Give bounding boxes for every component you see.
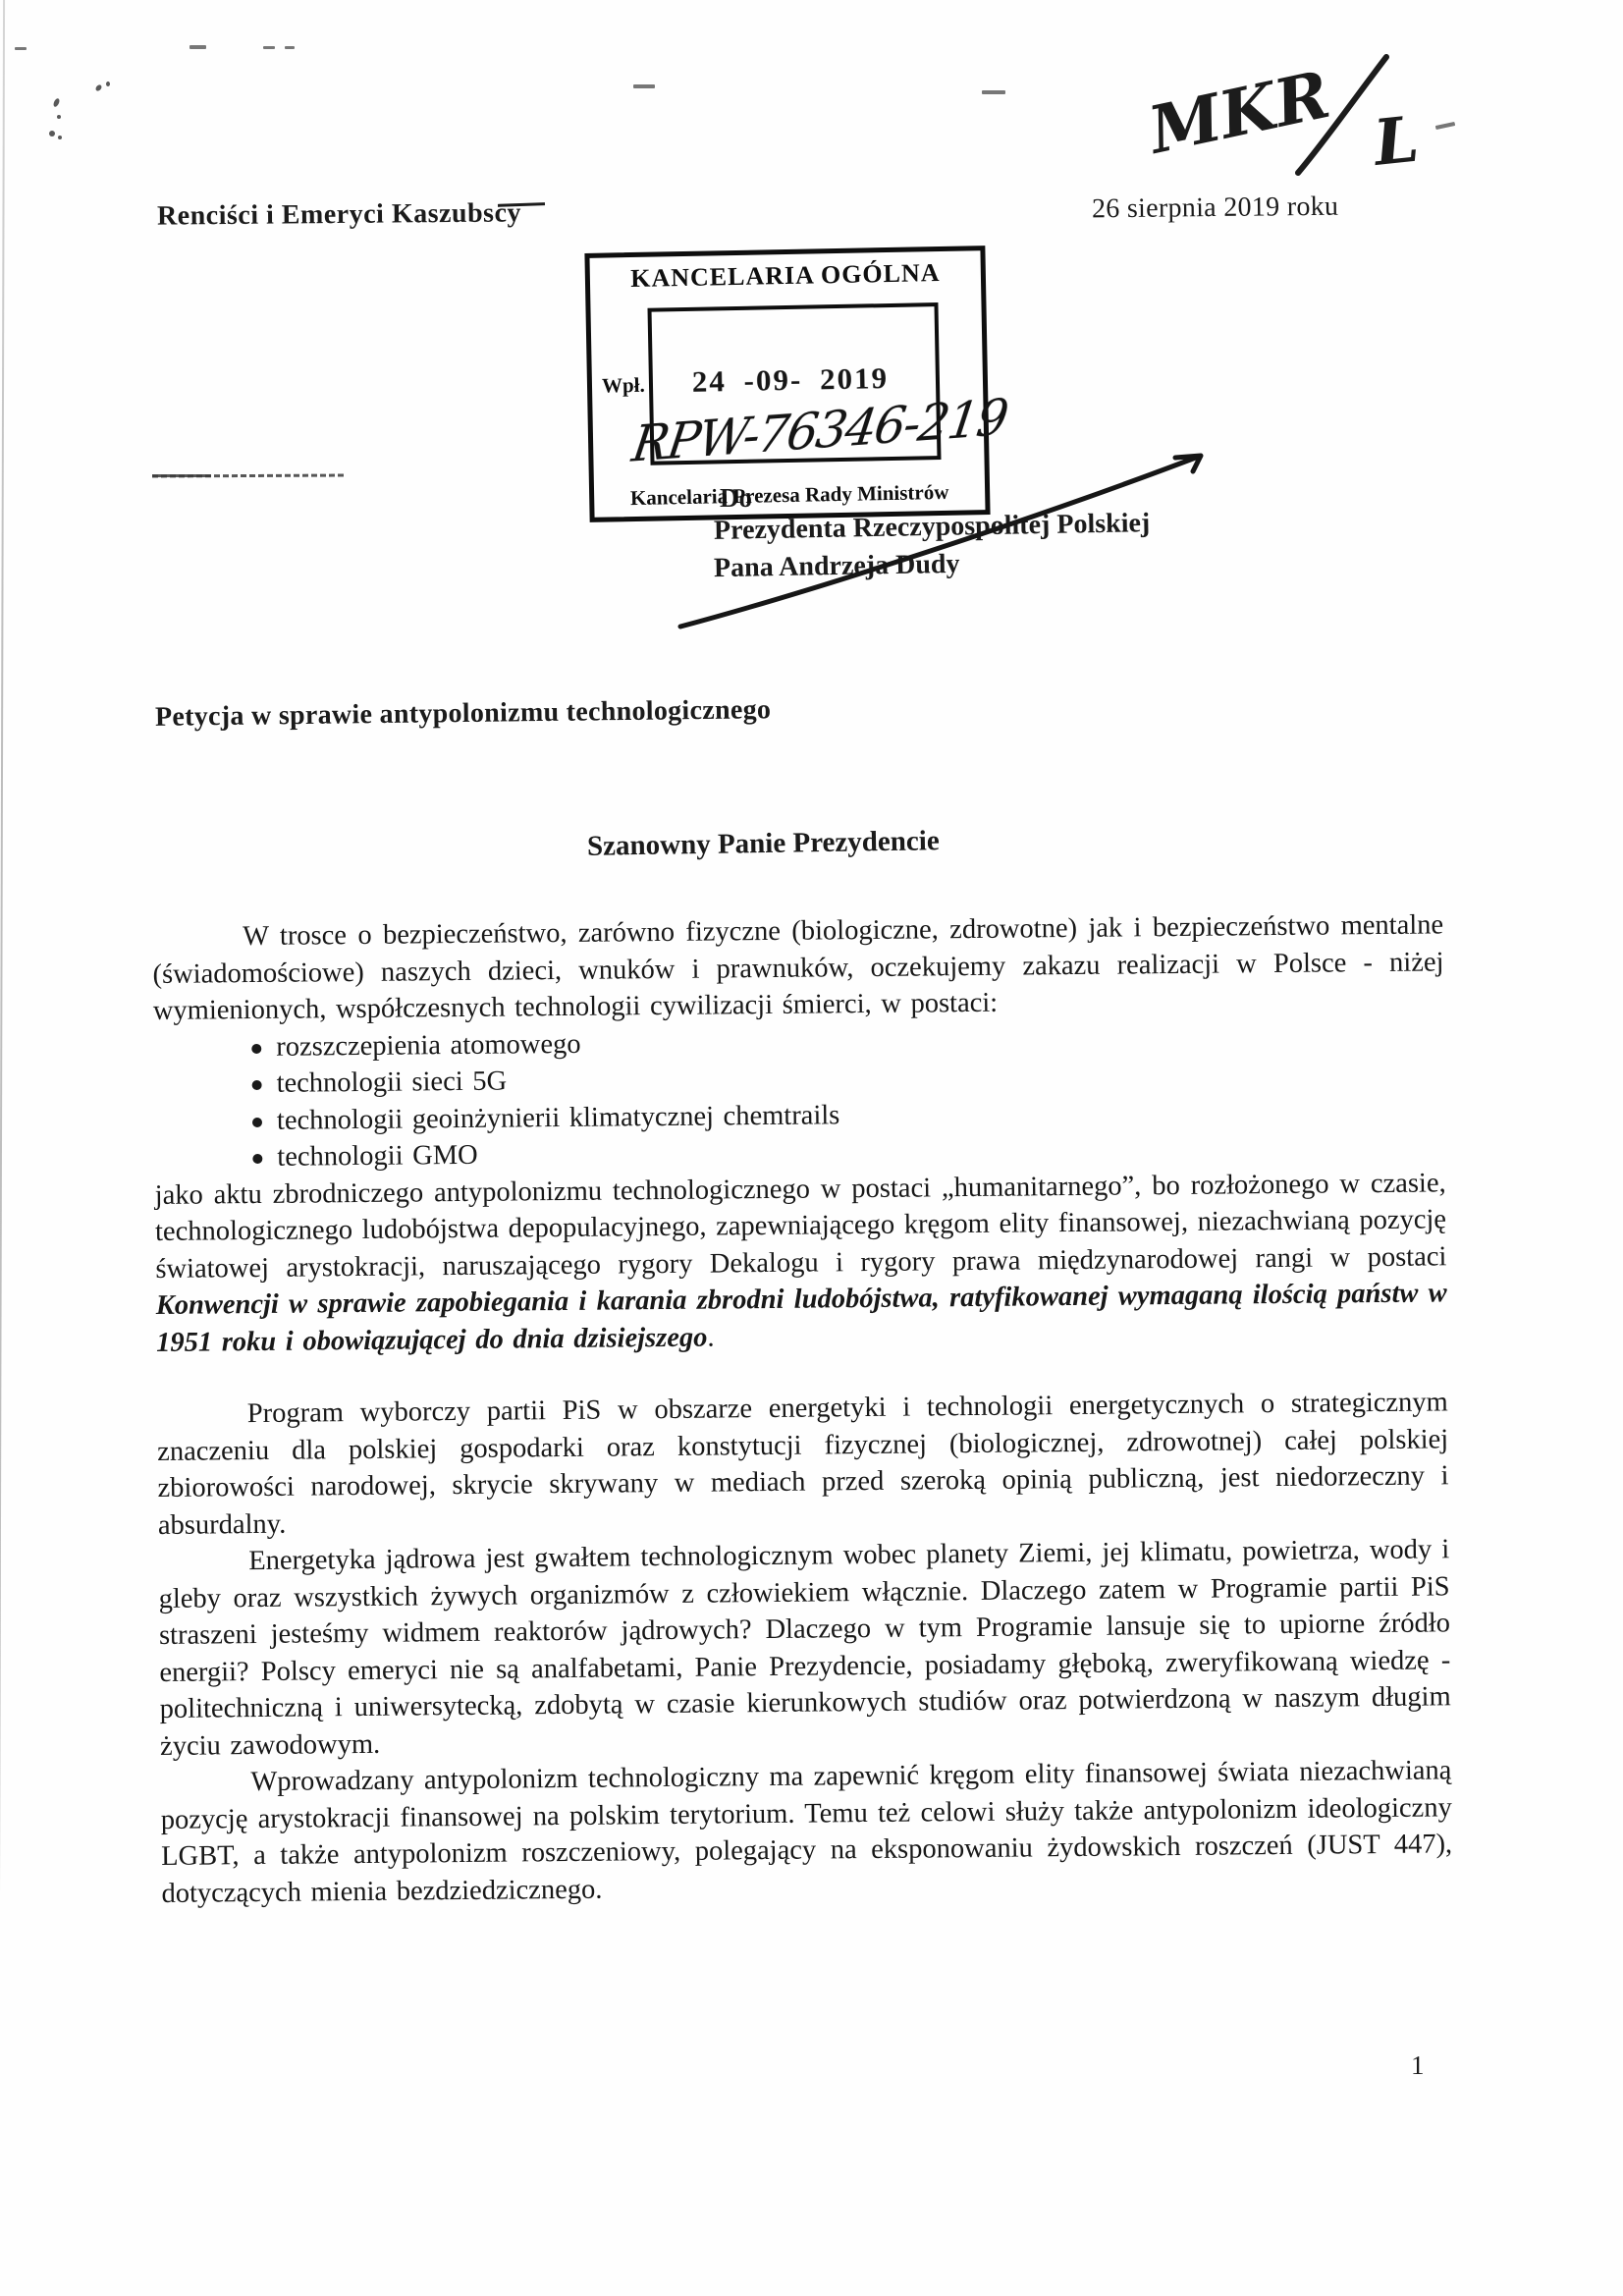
scan-artifact [263,46,275,49]
page-number: 1 [1411,2050,1425,2081]
scan-artifact [982,90,1005,94]
stamp-received-label: Wpł. [602,373,645,399]
sender-name: Renciści i Emeryci Kaszubscy [157,197,521,232]
paragraph-1: W trosce o bezpieczeństwo, zarówno fizyc… [152,906,1444,1029]
stamp-header: KANCELARIA OGÓLNA [590,257,982,295]
pen-dash [498,202,545,207]
annotation-mkr-text: MKR [1140,56,1335,169]
scan-artifact [189,45,206,49]
salutation: Szanowny Panie Prezydencie [587,825,940,863]
scanned-petition-page: MKR L Renciści i Emeryci Kaszubscy 26 si… [0,0,1623,2296]
paragraph-2-period: . [707,1322,714,1352]
handwritten-annotation-mkr-l: MKR L [1139,47,1443,185]
scan-artifact [633,84,655,88]
annotation-l-text: L [1369,103,1423,182]
paragraph-3: Program wyborczy partii PiS w obszarze e… [157,1384,1449,1544]
technology-list: rozszczepienia atomowego technologii sie… [153,1017,1445,1177]
scan-artifact [106,82,110,86]
paragraph-5: Wprowadzany antypolonizm technologiczny … [160,1752,1452,1912]
scan-artifact [49,131,55,137]
paragraph-2-convention-emphasis: Konwencji w sprawie zapobiegania i karan… [156,1278,1447,1357]
pen-strikethrough [663,442,1227,648]
petition-title: Petycja w sprawie antypolonizmu technolo… [155,694,772,734]
petition-body: W trosce o bezpieczeństwo, zarówno fizyc… [152,906,1453,1912]
paragraph-4: Energetyka jądrowa jest gwałtem technolo… [158,1531,1451,1765]
scan-artifact [285,46,295,49]
stamp-received-date: 24 -09- 2019 [649,359,933,401]
scan-artifact [52,97,60,107]
paragraph-2-text: jako aktu zbrodniczego antypolonizmu tec… [155,1168,1447,1285]
scan-artifact [58,136,62,139]
document-date: 26 sierpnia 2019 roku [1092,191,1339,226]
scan-artifact [57,115,61,119]
scan-artifact [15,47,27,50]
scanner-streak [0,0,5,2296]
paragraph-2: jako aktu zbrodniczego antypolonizmu tec… [155,1165,1448,1361]
scan-artifact [94,83,102,92]
scan-dashed-line [152,474,211,477]
